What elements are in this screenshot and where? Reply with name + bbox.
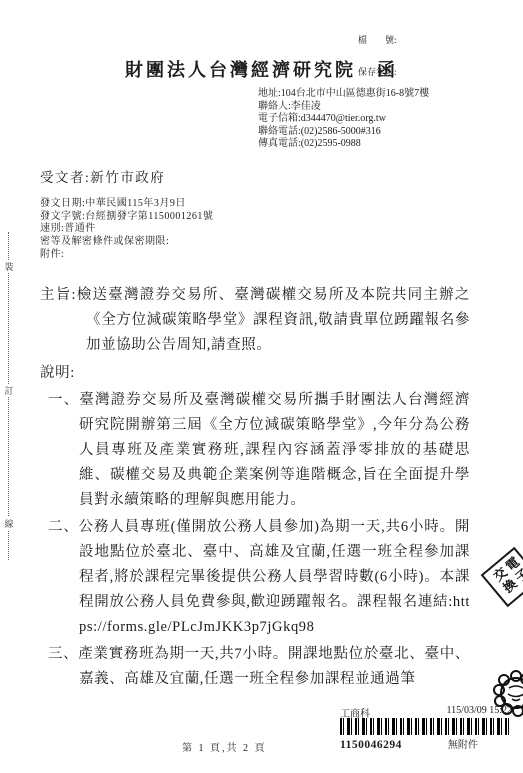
sender-email: 電子信箱:d344470@tier.org.tw xyxy=(258,113,429,126)
file-number-label: 檔 號: xyxy=(358,35,397,46)
page-number: 第 1 頁,共 2 頁 xyxy=(182,739,267,754)
document-title: 財團法人台灣經濟研究院 函 xyxy=(0,56,523,82)
item-marker: 一、 xyxy=(48,392,79,408)
footer-number-line: 1150046294 無附件 xyxy=(340,736,512,751)
item-text: 公務人員專班(僅開放公務人員參加)為期一天,共6小時。開設地點位於臺北、臺中、高… xyxy=(79,519,470,635)
explanation-item-1: 一、臺灣證券交易所及臺灣碳權交易所攜手財團法人台灣經濟研究院開辦第三屆《全方位減… xyxy=(48,388,470,513)
barcode xyxy=(340,718,512,735)
official-letter-page: 檔 號: 保存年限: 財團法人台灣經濟研究院 函 地址:104台北市中山區德惠街… xyxy=(0,0,523,773)
explanation-item-2: 二、公務人員專班(僅開放公務人員參加)為期一天,共6小時。開設地點位於臺北、臺中… xyxy=(48,515,470,640)
recipient-line: 受文者:新竹市政府 xyxy=(40,166,165,186)
binding-mark-ding: 訂 xyxy=(3,384,15,397)
binding-mark-xian: 線 xyxy=(3,517,15,530)
attachment-field: 附件: xyxy=(40,249,213,262)
subject-label: 主旨: xyxy=(40,287,76,303)
sender-contact-block: 地址:104台北市中山區德惠街16-8號7樓 聯絡人:李佳凌 電子信箱:d344… xyxy=(258,88,429,151)
sender-contact-person: 聯絡人:李佳凌 xyxy=(258,101,429,114)
document-meta-block: 發文日期:中華民國115年3月9日 發文字號:台經捌發字第1150001261號… xyxy=(40,198,213,262)
electronic-exchange-stamp: 電子交換 xyxy=(481,547,523,607)
item-marker: 二、 xyxy=(48,519,79,535)
explanation-label: 說明: xyxy=(40,361,470,386)
explanation-item-3: 三、產業實務班為期一天,共7小時。開課地點位於臺北、臺中、嘉義、高雄及宜蘭,任選… xyxy=(48,642,470,692)
item-marker: 三、 xyxy=(48,646,78,662)
sender-address: 地址:104台北市中山區德惠街16-8號7樓 xyxy=(258,88,429,101)
sender-fax: 傳真電話:(02)2595-0988 xyxy=(258,138,429,151)
subject-text: 檢送臺灣證券交易所、臺灣碳權交易所及本院共同主辦之《全方位減碳策略學堂》課程資訊… xyxy=(76,287,470,353)
electronic-exchange-stamp-text: 電子交換 xyxy=(488,554,523,599)
explanation-items: 一、臺灣證券交易所及臺灣碳權交易所攜手財團法人台灣經濟研究院開辦第三屆《全方位減… xyxy=(48,388,470,692)
binding-mark-zhuang: 裝 xyxy=(3,260,15,273)
binding-line: 裝 訂 線 xyxy=(8,232,10,560)
attachment-note: 無附件 xyxy=(448,736,478,751)
security-class: 密等及解密條件或保密期限: xyxy=(40,236,213,249)
item-text: 產業實務班為期一天,共7小時。開課地點位於臺北、臺中、嘉義、高雄及宜蘭,任選一班… xyxy=(78,646,470,687)
sender-phone: 聯絡電話:(02)2586-5000#316 xyxy=(258,126,429,139)
issue-date: 發文日期:中華民國115年3月9日 xyxy=(40,198,213,211)
item-text: 臺灣證券交易所及臺灣碳權交易所攜手財團法人台灣經濟研究院開辦第三屆《全方位減碳策… xyxy=(79,392,470,508)
letter-body: 主旨:檢送臺灣證券交易所、臺灣碳權交易所及本院共同主辦之《全方位減碳策略學堂》課… xyxy=(40,283,470,694)
barcode-number: 1150046294 xyxy=(340,739,402,751)
subject-paragraph: 主旨:檢送臺灣證券交易所、臺灣碳權交易所及本院共同主辦之《全方位減碳策略學堂》課… xyxy=(40,283,470,358)
speed-class: 速別:普通件 xyxy=(40,223,213,236)
document-number: 發文字號:台經捌發字第1150001261號 xyxy=(40,211,213,224)
